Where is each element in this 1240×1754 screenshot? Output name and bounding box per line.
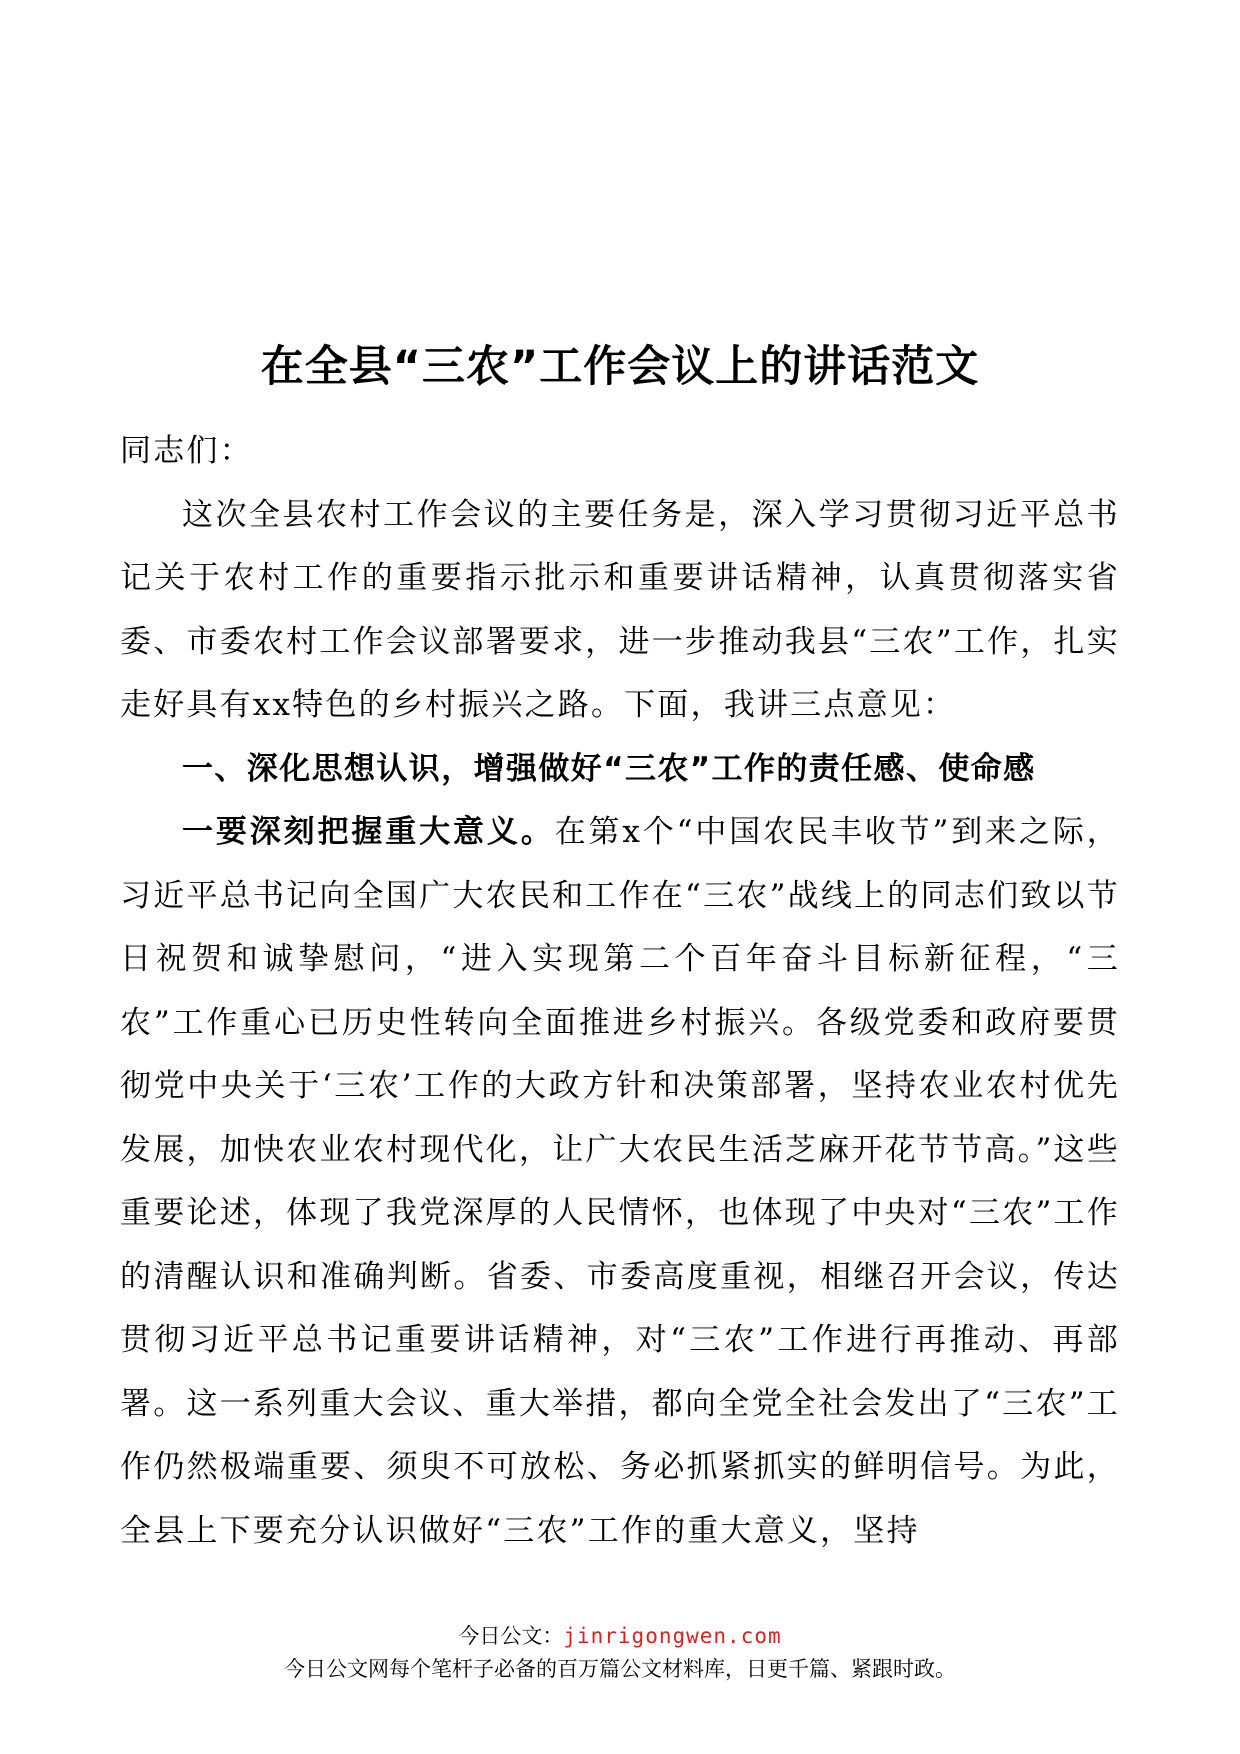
paragraph-lead-sentence: 一要深刻把握重大意义。 xyxy=(182,814,555,850)
document-title: 在全县“三农”工作会议上的讲话范文 xyxy=(0,337,1240,397)
footer-site-url-link[interactable]: jinrigongwen.com xyxy=(563,1624,781,1648)
salutation: 同志们： xyxy=(120,420,1120,484)
section-heading-1: 一、深化思想认识，增强做好“三农”工作的责任感、使命感 xyxy=(120,738,1120,802)
footer-tagline: 今日公文网每个笔杆子必备的百万篇公文材料库，日更千篇、紧跟时政。 xyxy=(0,1653,1240,1686)
document-page: 在全县“三农”工作会议上的讲话范文 同志们： 这次全县农村工作会议的主要任务是，… xyxy=(0,0,1240,1754)
intro-paragraph: 这次全县农村工作会议的主要任务是，深入学习贯彻习近平总书记关于农村工作的重要指示… xyxy=(120,484,1120,738)
document-body: 同志们： 这次全县农村工作会议的主要任务是，深入学习贯彻习近平总书记关于农村工作… xyxy=(120,420,1120,1563)
footer-site-line: 今日公文：jinrigongwen.com xyxy=(0,1620,1240,1653)
footer-site-label: 今日公文： xyxy=(458,1624,563,1648)
footer-watermark: 今日公文：jinrigongwen.com 今日公文网每个笔杆子必备的百万篇公文… xyxy=(0,1620,1240,1686)
section-1-paragraph-1: 一要深刻把握重大意义。在第x个“中国农民丰收节”到来之际，习近平总书记向全国广大… xyxy=(120,801,1120,1563)
paragraph-body: 在第x个“中国农民丰收节”到来之际，习近平总书记向全国广大农民和工作在“三农”战… xyxy=(120,814,1120,1549)
